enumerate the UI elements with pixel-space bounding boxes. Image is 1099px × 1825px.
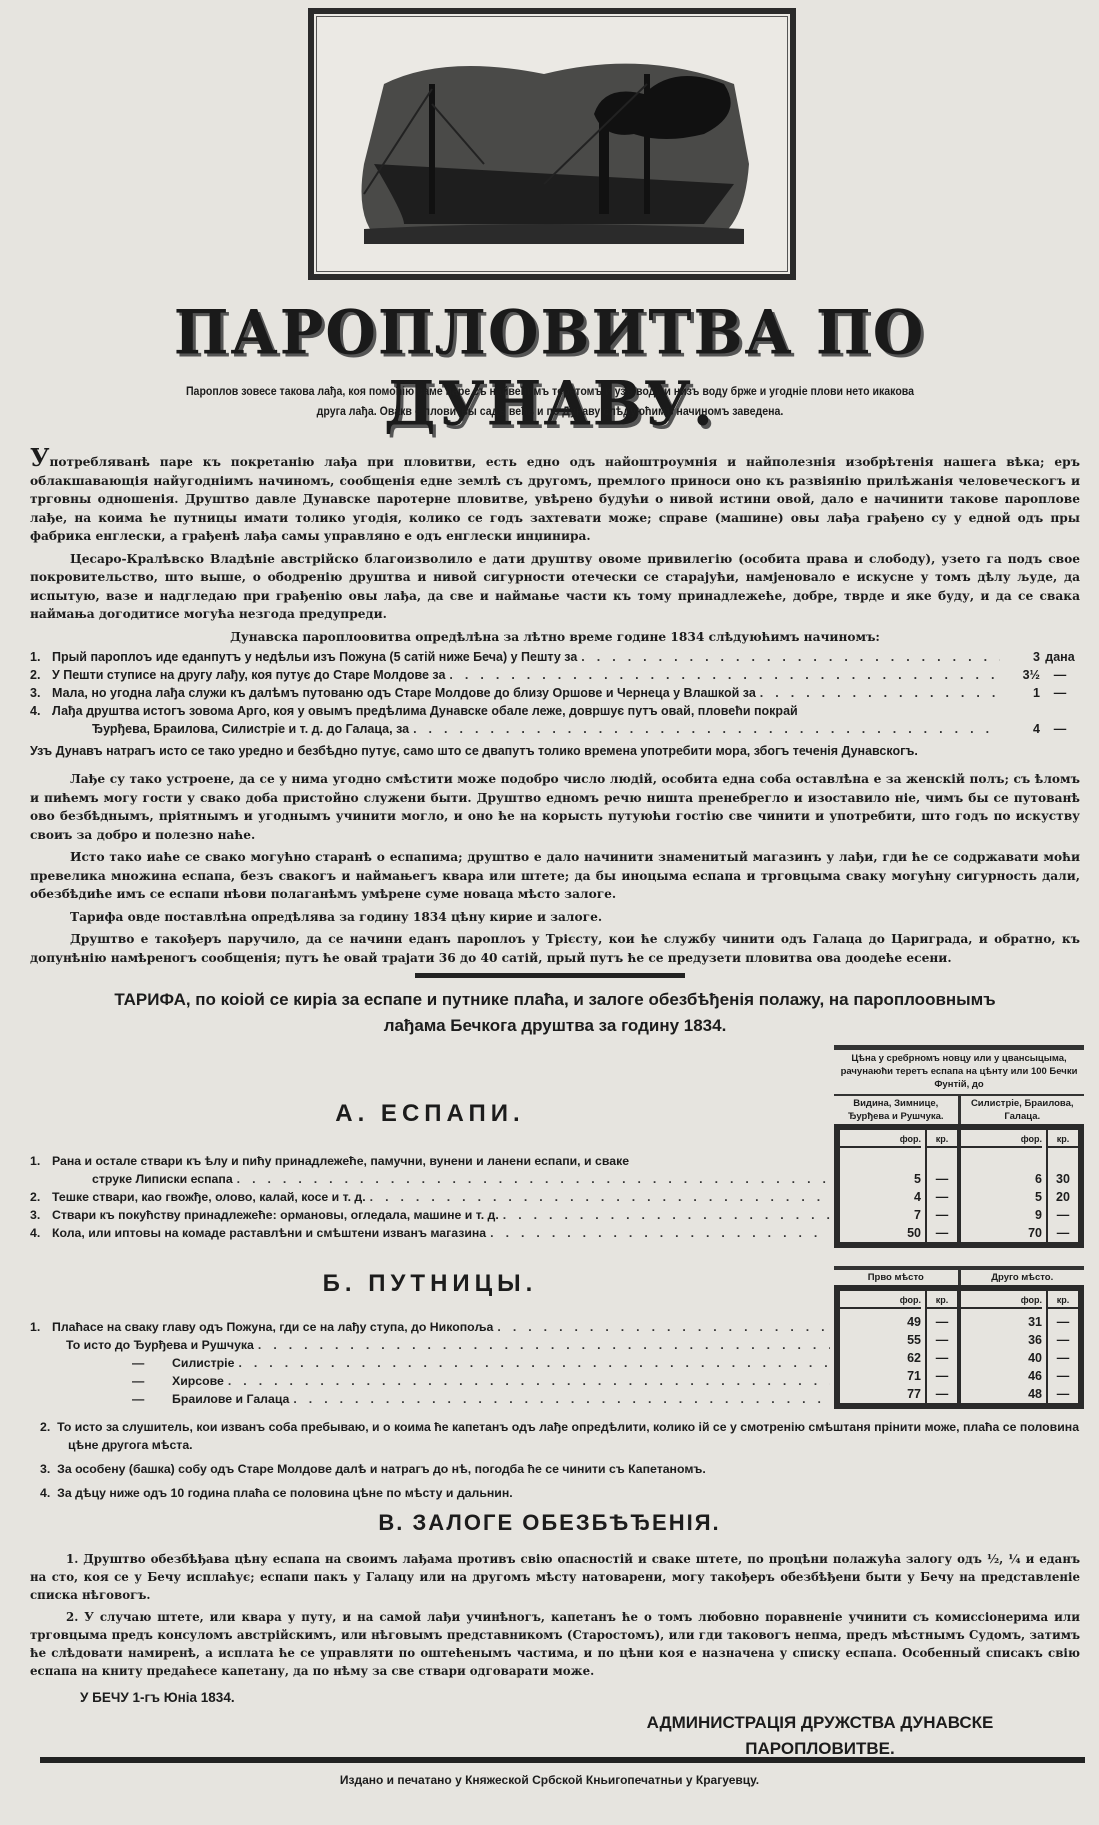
passenger-notes: 2. То исто за слушитель, кои изванъ соба…: [30, 1418, 1080, 1508]
goods-row: 4.Кола, или иптовы на комаде раставлѣни …: [30, 1224, 830, 1242]
footer-divider: [40, 1757, 1085, 1763]
passenger-price-table: Прво мѣсто Друго мѣсто. фор. 49 55 62 71…: [834, 1263, 1084, 1409]
signature: АДМИНИСТРАЦІЯ ДРУЖСТВА ДУНАВСКЕ ПАРОПЛОВ…: [560, 1710, 1080, 1762]
section-v-text: 1. Друштво обезбѣђава цѣну еспапа на сво…: [30, 1550, 1080, 1684]
goods-row-continuation: струке Липиски еспапа...................…: [30, 1170, 830, 1188]
note: 2. То исто за слушитель, кои изванъ соба…: [30, 1418, 1080, 1454]
deposit-clause: 1. Друштво обезбѣђава цѣну еспапа на сво…: [30, 1550, 1080, 1604]
paragraph: Тарифа овде поставлѣна опредѣлява за год…: [30, 908, 1080, 927]
passenger-row: 1.Плаћасе на сваку главу одъ Пожуна, гди…: [30, 1318, 830, 1336]
section-b-heading: Б. ПУТНИЦЫ.: [30, 1270, 830, 1298]
dropcap: У: [30, 443, 49, 472]
section-a-heading: А. ЕСПАПИ.: [30, 1100, 830, 1128]
column-header: Видина, Зимнице, Ђурђева и Рушчука.: [834, 1096, 961, 1124]
schedule-row: 2. У Пешти ступисе на другу лађу, коя пу…: [30, 666, 1080, 684]
paragraph: Лађе су тако устроене, да се у нима угод…: [30, 770, 1080, 844]
section-v-heading: В. ЗАЛОГЕ ОБЕЗБѢЂЕНІЯ.: [0, 1510, 1099, 1536]
deposit-clause: 2. У случаю штете, или квара у путу, и н…: [30, 1608, 1080, 1680]
schedule-row: 1. Прый пароплоъ иде еданпутъ у недѣльи …: [30, 648, 1080, 666]
schedule-row: 4. Лађа друштва истогъ зовома Арго, коя …: [30, 702, 1080, 720]
passenger-row: —Силистріе..............................…: [30, 1354, 830, 1372]
subtitle: Пароплов зовесе такова лађа, коя помоћію…: [173, 382, 927, 422]
intro-paragraph-1: Употребляванѣ паре къ покретанію лађа пр…: [30, 450, 1080, 546]
broadsheet-page: ПАРОПЛОВИТВА ПО ДУНАВУ. Пароплов зовесе …: [0, 0, 1099, 1825]
section-a-list: 1.Рана и остале ствари къ ѣлу и пићу при…: [30, 1152, 830, 1242]
body-paragraphs: Лађе су тако устроене, да се у нима угод…: [30, 770, 1080, 971]
dateline: У БЕЧУ 1-гъ Юніа 1834.: [80, 1690, 235, 1705]
goods-price-table: Цѣна у сребрномъ новцу или у цвансыцыма,…: [834, 1045, 1084, 1248]
tariff-heading: ТАРИФА, по коіой се киріа за еспапе и пу…: [30, 987, 1080, 1039]
schedule-list: 1. Прый пароплоъ иде еданпутъ у недѣльи …: [30, 648, 1080, 760]
section-b-list: 1.Плаћасе на сваку главу одъ Пожуна, гди…: [30, 1318, 830, 1408]
goods-row: 2.Тешке ствари, као гвожђе, олово, калай…: [30, 1188, 830, 1206]
passenger-row: То исто до Ђурђева и Рушчука............…: [30, 1336, 830, 1354]
intro-paragraph-2: Цесаро-Кралѣвско Владѣніе австрійско бла…: [30, 550, 1080, 624]
imprint: Издано и печатано у Княжеской Србской Кн…: [0, 1773, 1099, 1787]
steamship-icon: [344, 44, 760, 254]
upstream-note: Узъ Дунавъ натрагъ исто се тако уредно и…: [30, 742, 1080, 760]
divider: [415, 973, 685, 978]
paragraph: Исто тако иаће се свако могућно старанѣ …: [30, 848, 1080, 904]
note: 3. За особену (башка) собу одъ Старе Мол…: [30, 1460, 1080, 1478]
intro-text: Употребляванѣ паре къ покретанію лађа пр…: [30, 450, 1080, 650]
schedule-row-continuation: Ђурђева, Браилова, Силистріе и т. д. до …: [30, 720, 1080, 738]
schedule-heading: Дунавска пароплоовитва опредѣлѣна за лѣт…: [30, 628, 1080, 647]
column-header: Силистріе, Браилова, Галаца.: [961, 1096, 1085, 1124]
column-header: Друго мѣсто.: [961, 1270, 1085, 1285]
note: 4. За дѣцу ниже одъ 10 година плаћа се п…: [30, 1484, 1080, 1502]
steamship-illustration: [308, 8, 796, 280]
passenger-row: —Хирсове................................…: [30, 1372, 830, 1390]
goods-row: 3.Ствари къ покућству принадлежеће: орма…: [30, 1206, 830, 1224]
column-header: Прво мѣсто: [834, 1270, 961, 1285]
schedule-row: 3. Мала, но угодна лађа служи къ далѣмъ …: [30, 684, 1080, 702]
passenger-row: —Браилове и Галаца......................…: [30, 1390, 830, 1408]
paragraph: Друштво е такођеръ паручило, да се начин…: [30, 930, 1080, 967]
goods-row: 1.Рана и остале ствари къ ѣлу и пићу при…: [30, 1152, 830, 1170]
